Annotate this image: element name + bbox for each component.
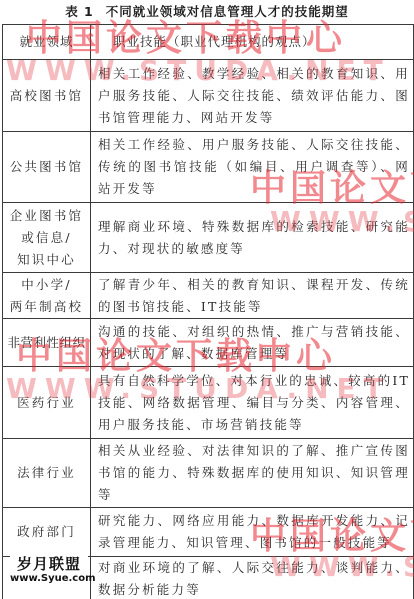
table-row: 法律行业 相关从业经验、对法律知识的了解、推广宣传图书馆的能力、特殊数据库的使用…	[3, 439, 414, 508]
skills-cell: 研究能力、网络应用能力、数据库开发能力、记录管理能力、知识管理、图书馆的一般技能…	[91, 508, 414, 557]
skills-cell: 相关工作经验、用户服务技能、人际交往技能、传统的图书馆技能（如编目、用户调查等）…	[91, 132, 414, 203]
field-cell: 高校图书馆	[3, 60, 91, 132]
skills-cell: 沟通的技能、对组织的热情、推广与营销技能、对现状的了解、数据库管理等	[91, 319, 414, 367]
table-caption: 表 1不同就业领域对信息管理人才的技能期望	[0, 2, 414, 20]
skills-cell: 相关工作经验、教学经验、相关的教育知识、用户服务技能、人际交往技能、绩效评估能力…	[91, 60, 414, 132]
header-skills: 职业技能（职业代理机构的观点）	[91, 25, 414, 60]
skills-cell: 了解青少年、相关的教育知识、课程开发、传统的图书馆技能、IT技能等	[91, 273, 414, 319]
header-field: 就业领域	[3, 25, 91, 60]
table-title: 不同就业领域对信息管理人才的技能期望	[106, 4, 349, 19]
skills-cell: 具有自然科学学位、对本行业的忠诚、较高的IT技能、网络数据管理、编目与分类、内容…	[91, 367, 414, 439]
table-header-row: 就业领域 职业技能（职业代理机构的观点）	[3, 25, 414, 60]
watermark-syue-url: www.Syue.com	[10, 573, 88, 585]
field-cell: 企业图书馆 或信息/ 知识中心	[3, 203, 91, 273]
table-row: 中小学/ 两年制高校 了解青少年、相关的教育知识、课程开发、传统的图书馆技能、I…	[3, 273, 414, 319]
watermark-syue-title: 岁月联盟	[10, 556, 88, 573]
table-row: 高校图书馆 相关工作经验、教学经验、相关的教育知识、用户服务技能、人际交往技能、…	[3, 60, 414, 132]
table-number: 表 1	[65, 4, 94, 19]
table-row: 企业图书馆 或信息/ 知识中心 理解商业环境、特殊数据库的检索技能、研究能力、对…	[3, 203, 414, 273]
skills-cell: 理解商业环境、特殊数据库的检索技能、研究能力、对现状的敏感度等	[91, 203, 414, 273]
watermark-syue: 岁月联盟 www.Syue.com	[10, 556, 88, 585]
skills-cell: 对商业环境的了解、人际交往能力、谈判能力、数据分析能力等	[91, 557, 414, 599]
table-row: 非营利性组织 沟通的技能、对组织的热情、推广与营销技能、对现状的了解、数据库管理…	[3, 319, 414, 367]
skills-cell: 相关从业经验、对法律知识的了解、推广宣传图书馆的能力、特殊数据库的使用知识、知识…	[91, 439, 414, 508]
field-cell: 法律行业	[3, 439, 91, 508]
skills-table: 就业领域 职业技能（职业代理机构的观点） 高校图书馆 相关工作经验、教学经验、相…	[2, 24, 414, 599]
table-row: 政府部门 研究能力、网络应用能力、数据库开发能力、记录管理能力、知识管理、图书馆…	[3, 508, 414, 557]
field-cell: 非营利性组织	[3, 319, 91, 367]
field-cell: 政府部门	[3, 508, 91, 557]
table-row: 公共图书馆 相关工作经验、用户服务技能、人际交往技能、传统的图书馆技能（如编目、…	[3, 132, 414, 203]
field-cell: 公共图书馆	[3, 132, 91, 203]
field-cell: 医药行业	[3, 367, 91, 439]
table-row: 医药行业 具有自然科学学位、对本行业的忠诚、较高的IT技能、网络数据管理、编目与…	[3, 367, 414, 439]
field-cell: 中小学/ 两年制高校	[3, 273, 91, 319]
